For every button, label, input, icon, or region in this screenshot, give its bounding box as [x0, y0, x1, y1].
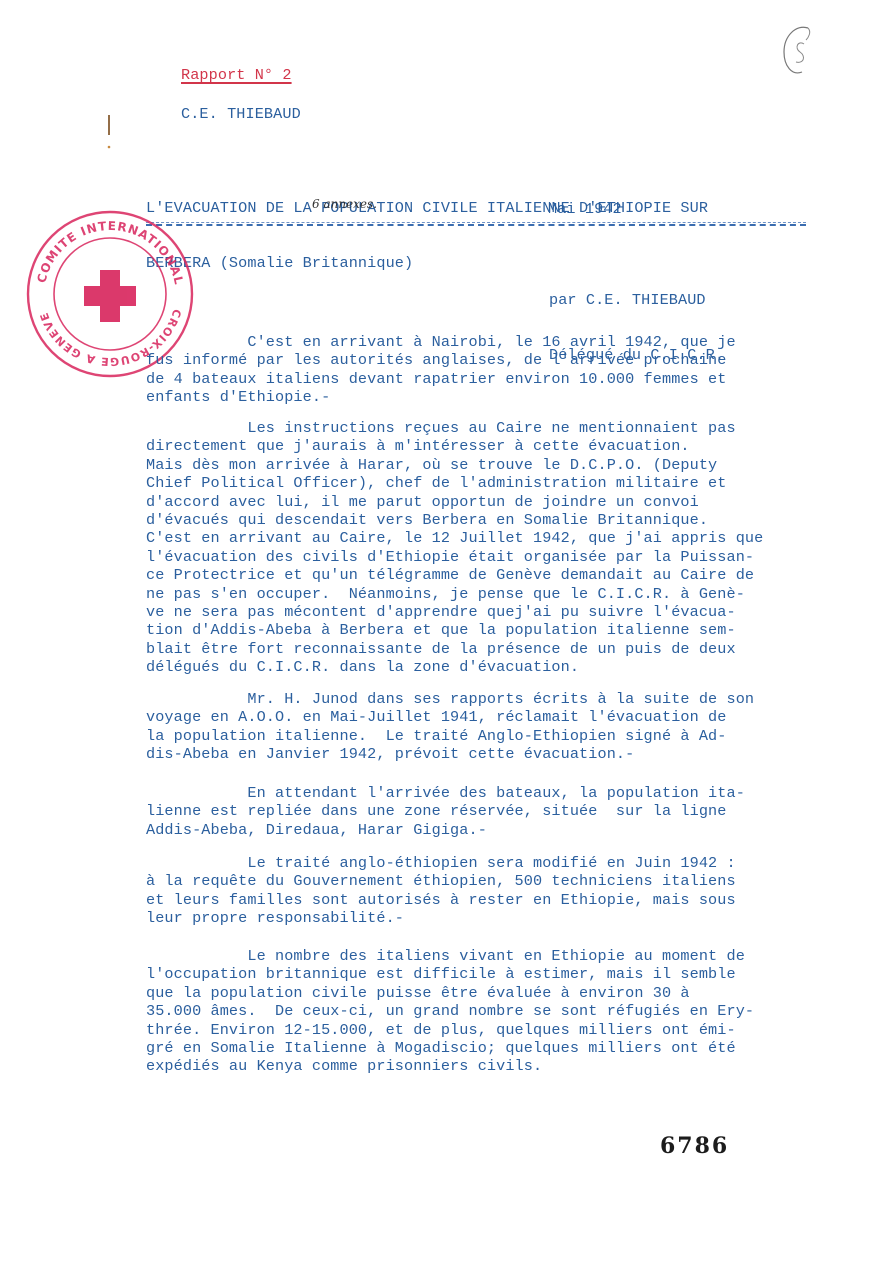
title-line: L'EVACUATION DE LA POPULATION CIVILE ITA…: [146, 199, 708, 217]
paragraph-3: Mr. H. Junod dans ses rapports écrits à …: [146, 690, 754, 764]
text-line: ve ne sera pas mécontent d'apprendre que…: [146, 603, 763, 621]
margin-tick-icon: [107, 113, 111, 153]
text-line: dis-Abeba en Janvier 1942, prévoit cette…: [146, 745, 754, 763]
text-line: Le traité anglo-éthiopien sera modifié e…: [146, 854, 736, 872]
text-line: Mais dès mon arrivée à Harar, où se trou…: [146, 456, 763, 474]
text-line: délégués du C.I.C.R. dans la zone d'évac…: [146, 658, 763, 676]
handwritten-s-icon: [778, 22, 818, 78]
paragraph-4: En attendant l'arrivée des bateaux, la p…: [146, 784, 745, 839]
annexes-note: 6 annexes.: [312, 197, 377, 211]
header-divider-upper: [146, 222, 806, 223]
text-line: Chief Political Officer), chef de l'admi…: [146, 474, 763, 492]
text-line: d'accord avec lui, il me parut opportun …: [146, 493, 763, 511]
text-line: voyage en A.O.O. en Mai-Juillet 1941, ré…: [146, 708, 754, 726]
red-cross-icon: [84, 270, 136, 322]
text-line: C'est en arrivant à Nairobi, le 16 avril…: [146, 333, 736, 351]
text-line: à la requête du Gouvernement éthiopien, …: [146, 872, 736, 890]
text-line: directement que j'aurais à m'intéresser …: [146, 437, 763, 455]
text-line: Les instructions reçues au Caire ne ment…: [146, 419, 763, 437]
text-line: que la population civile puisse être éva…: [146, 984, 754, 1002]
text-line: expédiés au Kenya comme prisonniers civi…: [146, 1057, 754, 1075]
paragraph-2: Les instructions reçues au Caire ne ment…: [146, 419, 763, 677]
text-line: l'occupation britannique est difficile à…: [146, 965, 754, 983]
text-line: lienne est repliée dans une zone réservé…: [146, 802, 745, 820]
text-line: Mr. H. Junod dans ses rapports écrits à …: [146, 690, 754, 708]
page-number: 6786: [660, 1133, 729, 1159]
text-line: ce Protectrice et qu'un télégramme de Ge…: [146, 566, 763, 584]
text-line: leur propre responsabilité.-: [146, 909, 736, 927]
signature-name: par C.E. THIEBAUD: [549, 291, 724, 309]
text-line: blait être fort reconnaissante de la pré…: [146, 640, 763, 658]
text-line: gré en Somalie Italienne à Mogadiscio; q…: [146, 1039, 754, 1057]
text-line: tion d'Addis-Abeba à Berbera et que la p…: [146, 621, 763, 639]
text-line: En attendant l'arrivée des bateaux, la p…: [146, 784, 745, 802]
author-name: C.E. THIEBAUD: [181, 105, 301, 123]
paragraph-5: Le traité anglo-éthiopien sera modifié e…: [146, 854, 736, 928]
text-line: ne pas s'en occuper. Néanmoins, je pense…: [146, 585, 763, 603]
text-line: thrée. Environ 12-15.000, et de plus, qu…: [146, 1021, 754, 1039]
text-line: la population italienne. Le traité Anglo…: [146, 727, 754, 745]
text-line: C'est en arrivant au Caire, le 12 Juille…: [146, 529, 763, 547]
text-line: Le nombre des italiens vivant en Ethiopi…: [146, 947, 754, 965]
report-number: Rapport N° 2: [181, 66, 292, 84]
header-divider: [146, 224, 806, 226]
text-line: 35.000 âmes. De ceux-ci, un grand nombre…: [146, 1002, 754, 1020]
text-line: l'évacuation des civils d'Ethiopie était…: [146, 548, 763, 566]
document-page: Rapport N° 2 C.E. THIEBAUD L'EVACUATION …: [0, 0, 894, 1280]
text-line: et leurs familles sont autorisés à reste…: [146, 891, 736, 909]
text-line: d'évacués qui descendait vers Berbera en…: [146, 511, 763, 529]
text-line: fus informé par les autorités anglaises,…: [146, 351, 736, 369]
text-line: Addis-Abeba, Diredaua, Harar Gigiga.-: [146, 821, 745, 839]
paragraph-6: Le nombre des italiens vivant en Ethiopi…: [146, 947, 754, 1076]
text-line: enfants d'Ethiopie.-: [146, 388, 736, 406]
paragraph-1: C'est en arrivant à Nairobi, le 16 avril…: [146, 333, 736, 407]
document-date: Mai 1942: [548, 200, 622, 218]
text-line: de 4 bateaux italiens devant rapatrier e…: [146, 370, 736, 388]
